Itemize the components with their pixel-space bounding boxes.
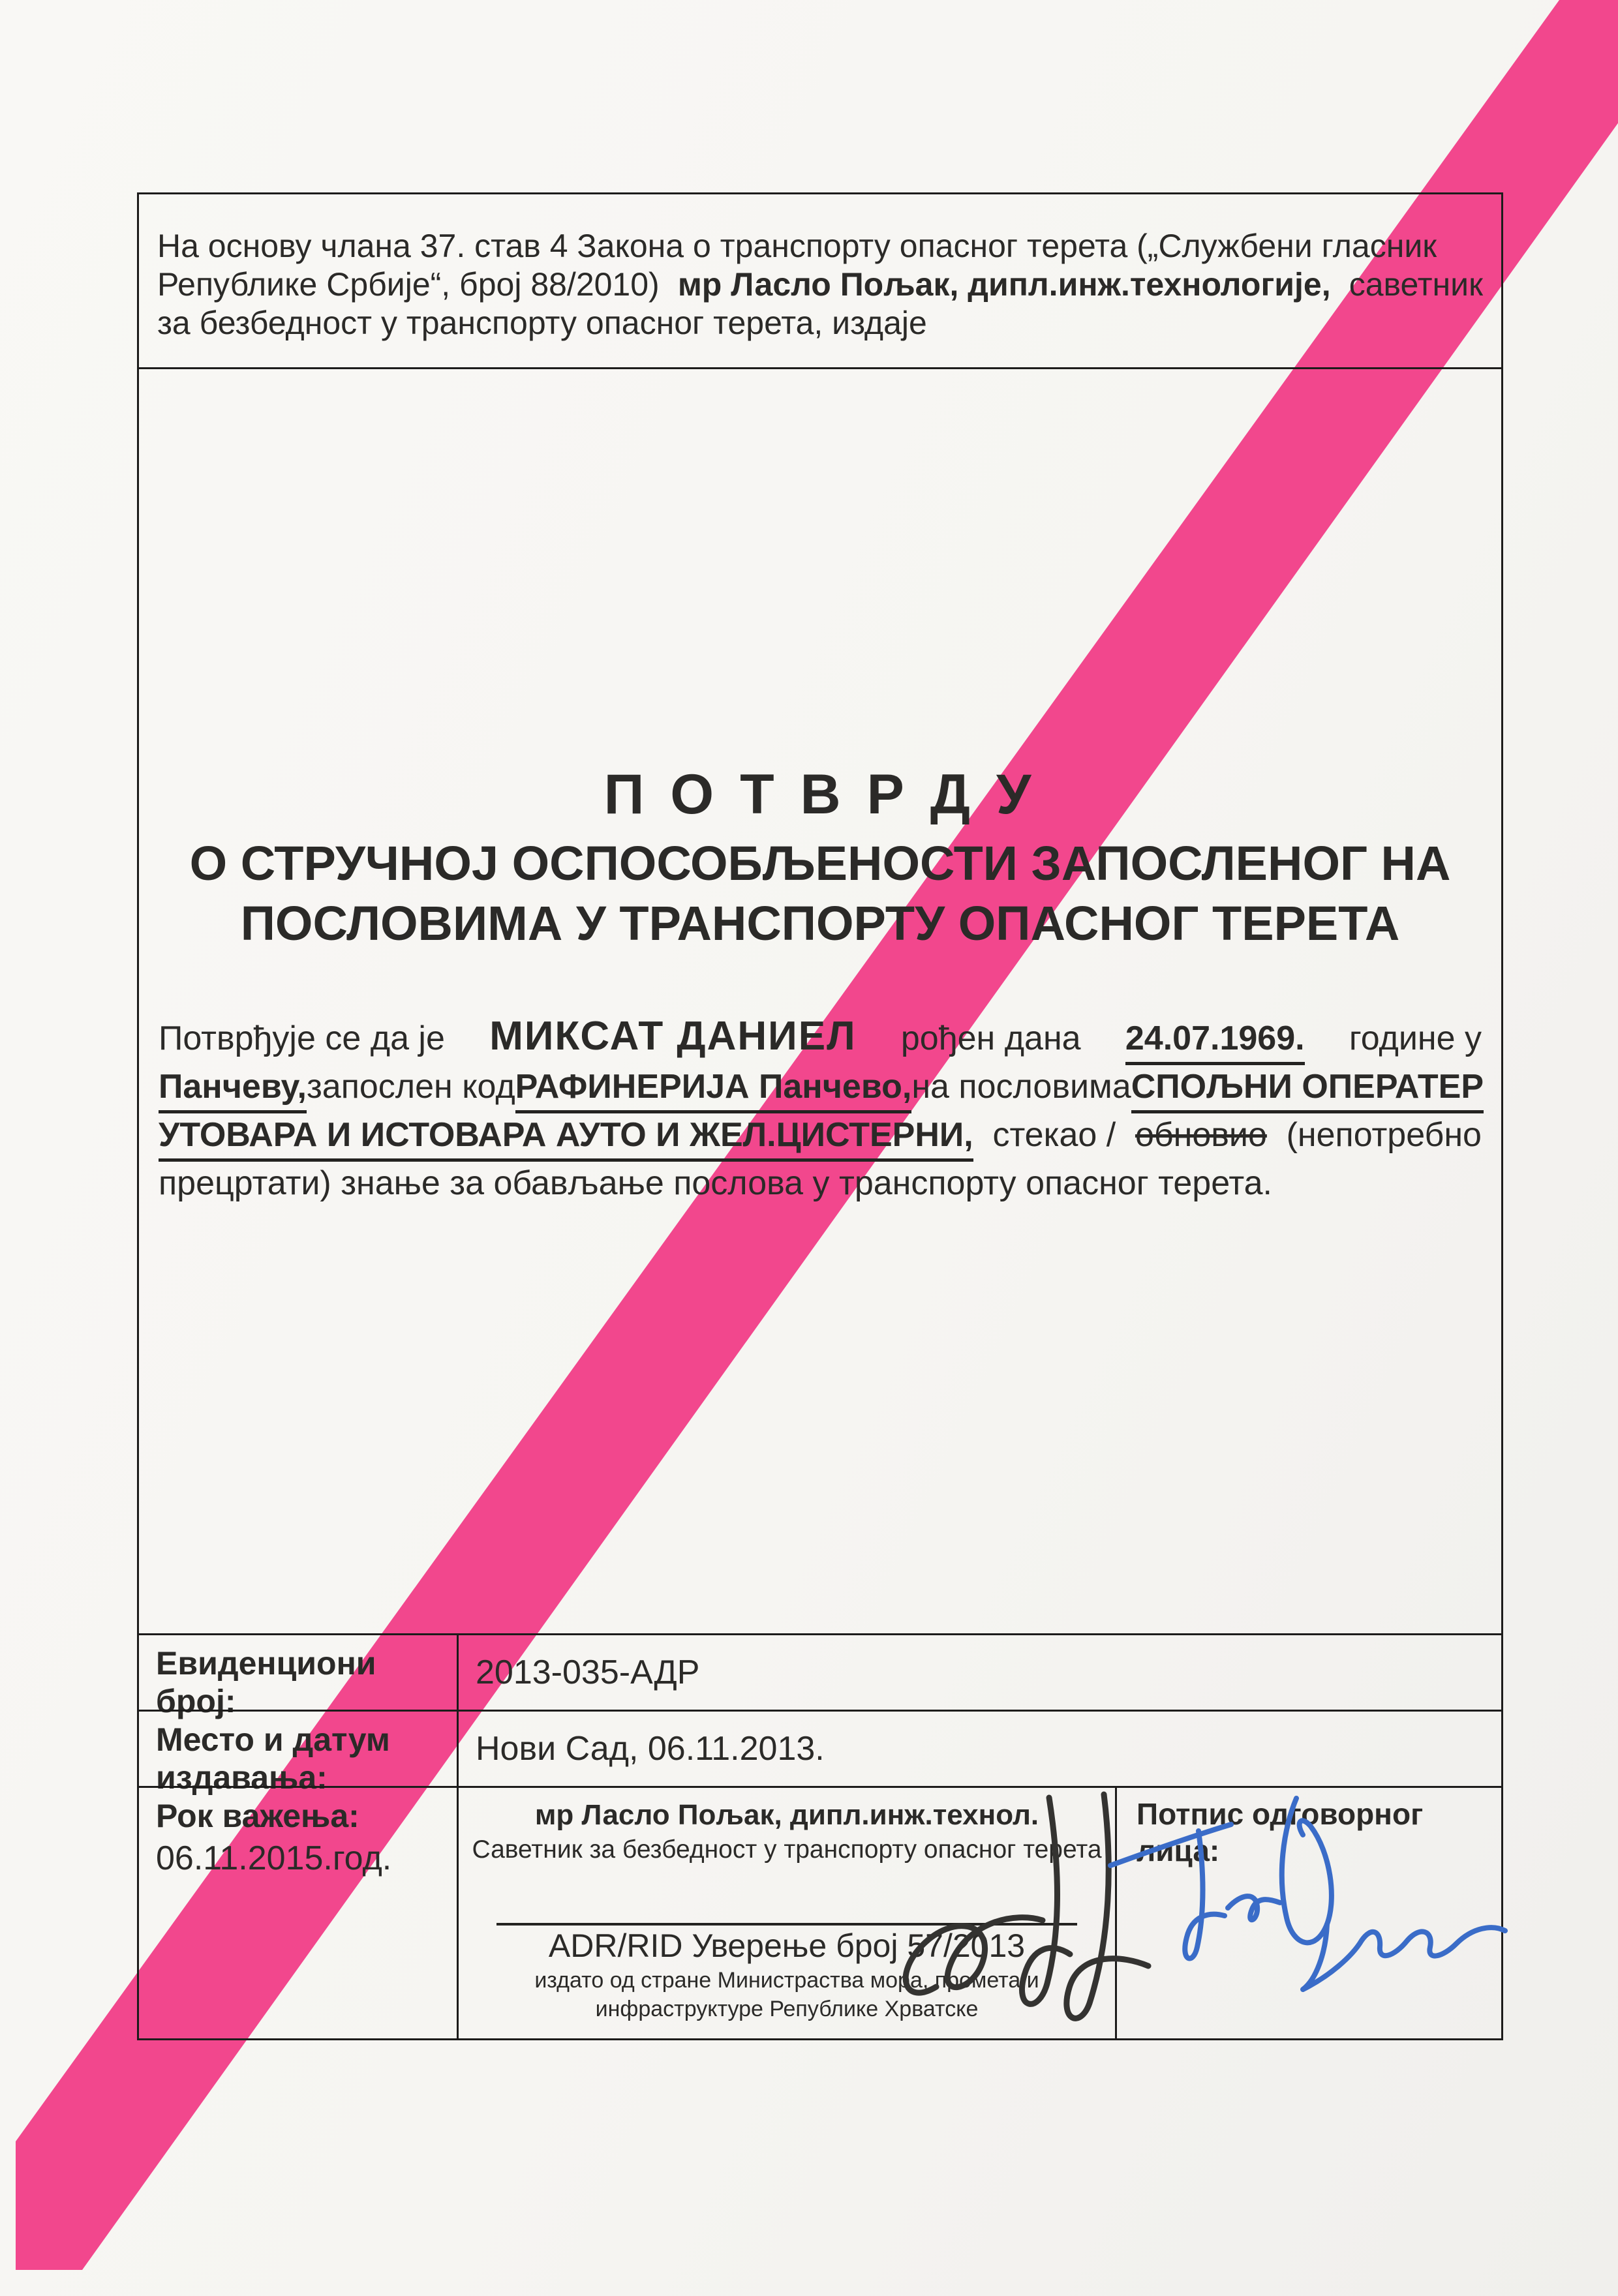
intro-line-2-post: саветник <box>1349 265 1483 304</box>
certificate-subtitle: О СТРУЧНОЈ ОСПОСОБЉЕНОСТИ ЗАПОСЛЕНОГ НА … <box>139 834 1501 954</box>
body-section: П О Т В Р Д У О СТРУЧНОЈ ОСПОСОБЉЕНОСТИ … <box>139 369 1501 1633</box>
title-block: П О Т В Р Д У О СТРУЧНОЈ ОСПОСОБЉЕНОСТИ … <box>139 763 1501 954</box>
advisor-name-inline: мр Ласло Пољак, дипл.инж.технологије, <box>678 265 1331 304</box>
statement-l1-c: године у <box>1349 1017 1482 1060</box>
table-row-place-date: Место и датум издавања: Нови Сад, 06.11.… <box>139 1710 1501 1786</box>
responsible-signature-label: Потпис одговорног лица: <box>1137 1796 1501 1869</box>
statement-l3-b: (непотребно <box>1287 1113 1482 1156</box>
statement-line-2: Панчеву, запослен код РАФИНЕРИЈА Панчево… <box>159 1065 1482 1113</box>
statement-l2-b: на пословима <box>911 1065 1131 1108</box>
birth-date: 24.07.1969. <box>1125 1017 1305 1065</box>
certificate-border: На основу члана 37. став 4 Закона о тран… <box>137 192 1503 2040</box>
certificate-title: П О Т В Р Д У <box>139 763 1501 826</box>
validity-value: 06.11.2015.год. <box>156 1835 450 1882</box>
statement-l3-a: стекао / <box>992 1113 1116 1156</box>
intro-line-2-pre: Републике Србије“, број 88/2010) <box>157 265 660 304</box>
birth-place: Панчеву, <box>159 1065 307 1113</box>
statement-paragraph: Потврђује се да је МИКСАТ ДАНИЕЛ рођен д… <box>139 1015 1501 1205</box>
intro-line-1: На основу члана 37. став 4 Закона о тран… <box>157 227 1483 265</box>
validity-cell: Рок важења: 06.11.2015.год. <box>139 1788 459 2038</box>
certificate-issuer-line-2: инфраструктуре Републике Хрватске <box>459 1995 1115 2023</box>
table-row-validity-signature: Рок важења: 06.11.2015.год. мр Ласло Пољ… <box>139 1786 1501 2038</box>
certificate-subtitle-line-2: ПОСЛОВИМА У ТРАНСПОРТУ ОПАСНОГ ТЕРЕТА <box>139 894 1501 954</box>
intro-line-3: за безбедност у транспорту опасног терет… <box>157 304 1483 342</box>
employee-name: МИКСАТ ДАНИЕЛ <box>489 1015 856 1058</box>
advisor-role: Саветник за безбедност у транспорту опас… <box>459 1834 1115 1866</box>
job-title-part-2: УТОВАРА И ИСТОВАРА АУТО И ЖЕЛ.ЦИСТЕРНИ, <box>159 1113 973 1162</box>
job-title-part-1: СПОЉНИ ОПЕРАТЕР <box>1131 1065 1484 1113</box>
registry-number-value: 2013-035-АДР <box>459 1635 1501 1710</box>
statement-l2-a: запослен код <box>307 1065 515 1108</box>
certificate-subtitle-line-1: О СТРУЧНОЈ ОСПОСОБЉЕНОСТИ ЗАПОСЛЕНОГ НА <box>139 834 1501 894</box>
adr-rid-certificate-number: ADR/RID Уверење број 57/2013 <box>459 1926 1115 1966</box>
advisor-cell: мр Ласло Пољак, дипл.инж.технол. Саветни… <box>459 1788 1117 2038</box>
scanned-certificate-page: На основу члана 37. став 4 Закона о тран… <box>0 0 1618 2296</box>
registry-number-label: Евиденциони број: <box>139 1635 459 1710</box>
advisor-name: мр Ласло Пољак, дипл.инж.технол. <box>459 1797 1115 1834</box>
intro-section: На основу члана 37. став 4 Закона о тран… <box>139 194 1501 369</box>
responsible-signature-cell: Потпис одговорног лица: <box>1117 1788 1501 2038</box>
place-date-label: Место и датум издавања: <box>139 1712 459 1786</box>
crossed-out-word: обновио <box>1135 1113 1267 1156</box>
employer-name: РАФИНЕРИЈА Панчево, <box>515 1065 912 1113</box>
statement-l1-a: Потврђује се да је <box>159 1017 445 1060</box>
statement-l1-b: рођен дана <box>901 1017 1081 1060</box>
statement-line-1: Потврђује се да је МИКСАТ ДАНИЕЛ рођен д… <box>159 1015 1482 1065</box>
certificate-issuer-line-1: издато од стране Министраства мора, пром… <box>459 1966 1115 1995</box>
validity-label: Рок важења: <box>156 1797 450 1835</box>
table-row-registry-number: Евиденциони број: 2013-035-АДР <box>139 1633 1501 1710</box>
statement-line-3: УТОВАРА И ИСТОВАРА АУТО И ЖЕЛ.ЦИСТЕРНИ, … <box>159 1113 1482 1162</box>
statement-line-4: прецртати) знање за обављање послова у т… <box>159 1162 1482 1205</box>
place-date-value: Нови Сад, 06.11.2013. <box>459 1712 1501 1786</box>
intro-line-2: Републике Србије“, број 88/2010) мр Ласл… <box>157 265 1483 304</box>
